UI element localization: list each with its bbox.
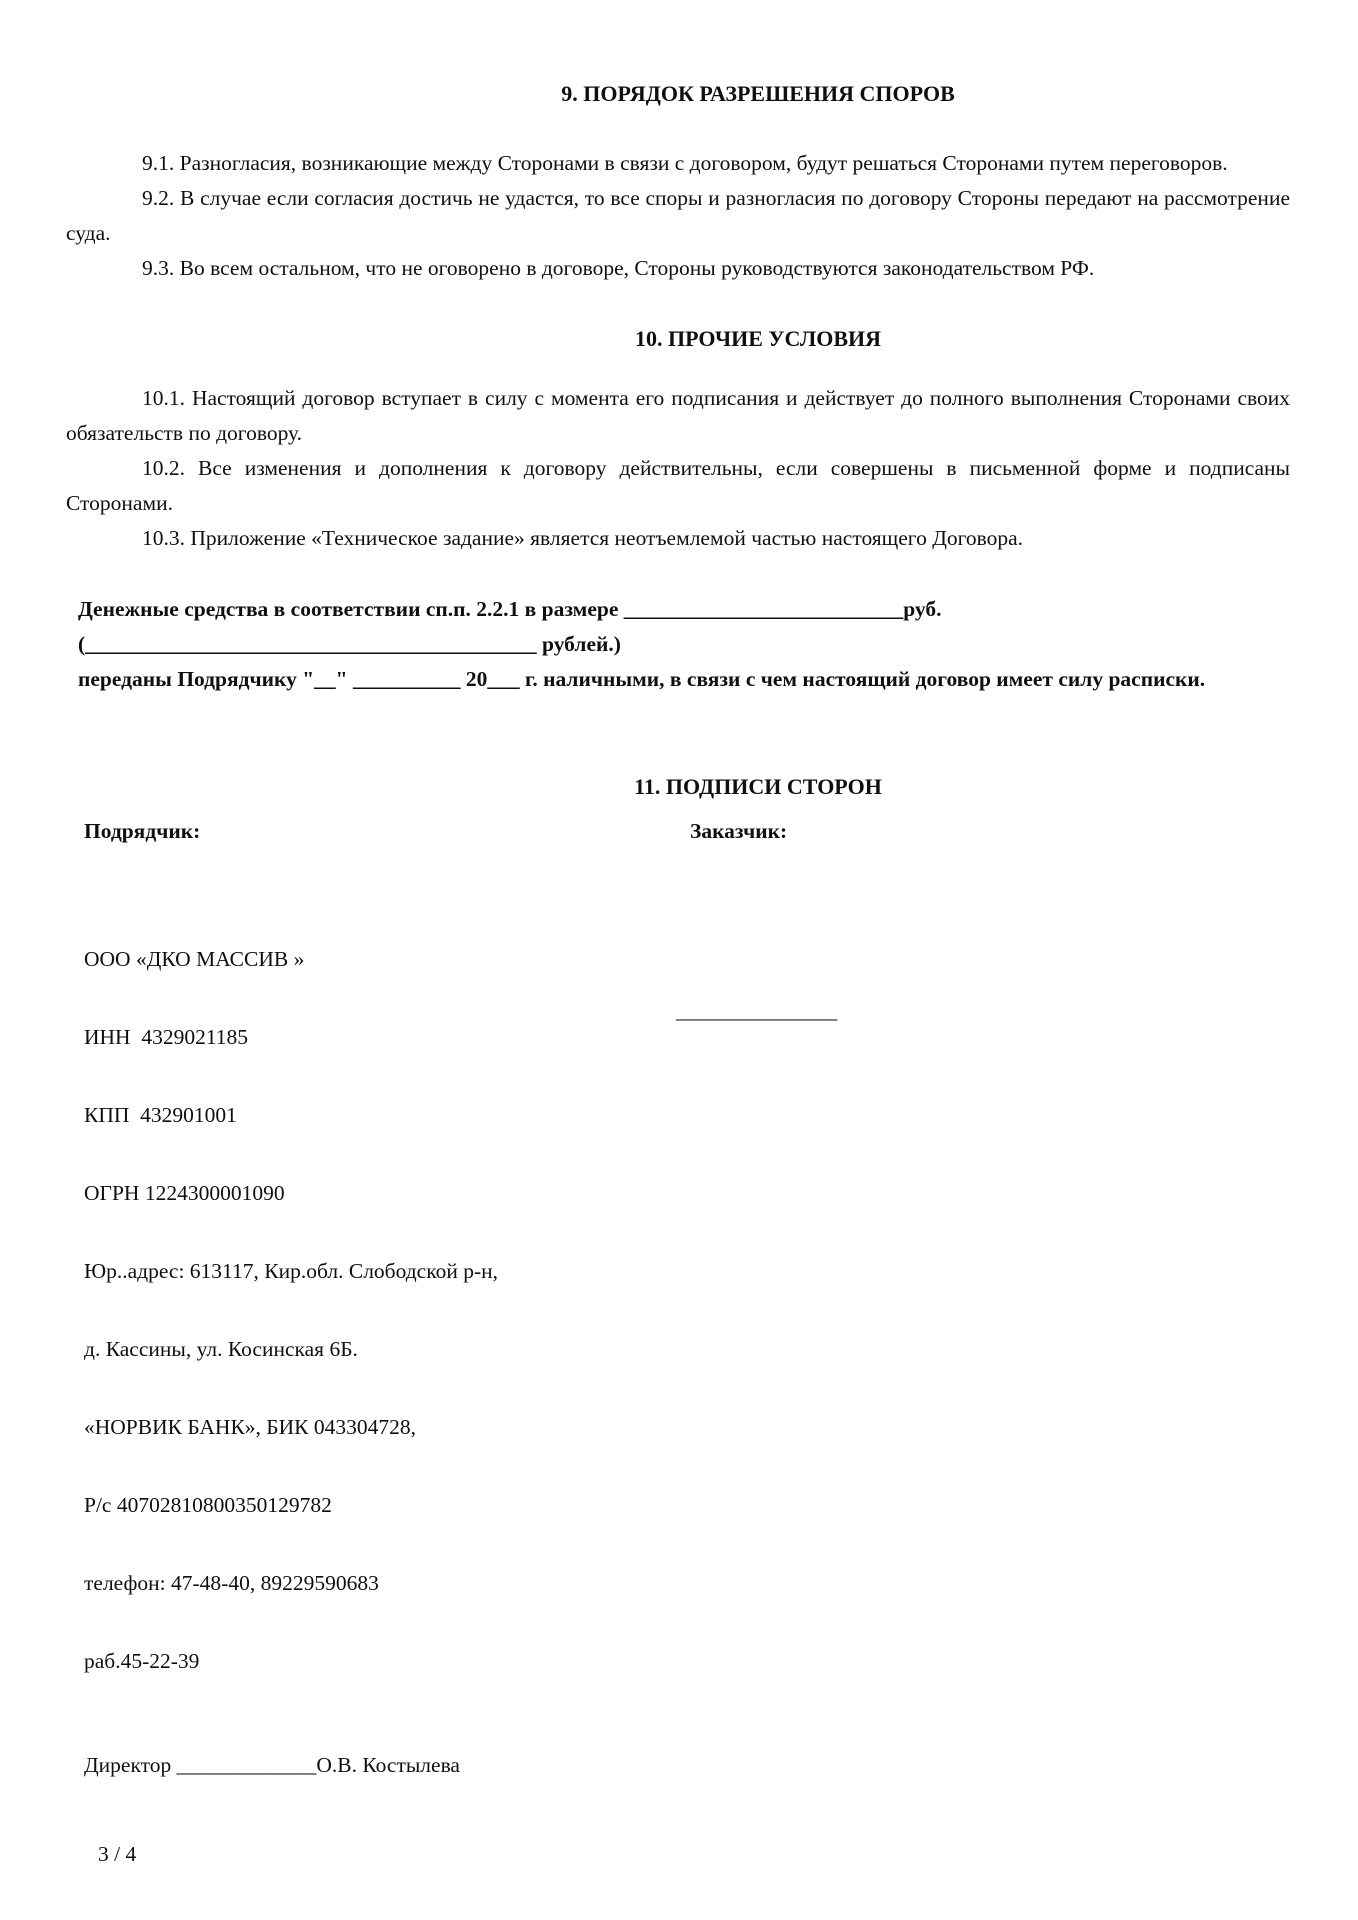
contractor-phone: телефон: 47-48-40, 89229590683 <box>84 1570 676 1596</box>
clause-10-2: 10.2. Все изменения и дополнения к догов… <box>66 451 1290 521</box>
contractor-address-1: Юр..адрес: 613117, Кир.обл. Слободской р… <box>84 1258 676 1284</box>
contractor-label: Подрядчик: <box>84 814 676 849</box>
contractor-work-phone: раб.45-22-39 <box>84 1648 676 1674</box>
customer-signature-line: _______________ <box>676 998 1290 1024</box>
contractor-bank: «НОРВИК БАНК», БИК 043304728, <box>84 1414 676 1440</box>
signature-labels-row: Подрядчик: Заказчик: <box>84 814 1290 849</box>
contractor-account: Р/с 40702810800350129782 <box>84 1492 676 1518</box>
clause-9-3: 9.3. Во всем остальном, что не оговорено… <box>66 251 1290 286</box>
contractor-address-2: д. Кассины, ул. Косинская 6Б. <box>84 1336 676 1362</box>
clause-9-1: 9.1. Разногласия, возникающие между Стор… <box>66 146 1290 181</box>
contractor-details: ООО «ДКО МАССИВ » ИНН 4329021185 КПП 432… <box>84 894 676 1726</box>
signature-columns-row: ООО «ДКО МАССИВ » ИНН 4329021185 КПП 432… <box>84 894 1290 1726</box>
document-page: 9. ПОРЯДОК РАЗРЕШЕНИЯ СПОРОВ 9.1. Разног… <box>0 0 1358 1920</box>
contractor-company-name: ООО «ДКО МАССИВ » <box>84 946 676 972</box>
contractor-kpp: КПП 432901001 <box>84 1102 676 1128</box>
clause-10-1: 10.1. Настоящий договор вступает в силу … <box>66 381 1290 451</box>
contractor-ogrn: ОГРН 1224300001090 <box>84 1180 676 1206</box>
customer-column: _______________ <box>676 894 1290 1726</box>
payment-date-line: переданы Подрядчику "__" __________ 20__… <box>78 662 1290 697</box>
customer-label: Заказчик: <box>676 814 1290 849</box>
signatures-area: Подрядчик: Заказчик: ООО «ДКО МАССИВ » И… <box>66 814 1290 1726</box>
section-11-heading: 11. ПОДПИСИ СТОРОН <box>66 769 1290 804</box>
page-number: 3 / 4 <box>98 1840 136 1868</box>
payment-amount-words-line: (_______________________________________… <box>78 627 1290 662</box>
director-signature-line: Директор _____________О.В. Костылева <box>66 1752 1290 1778</box>
clause-9-2: 9.2. В случае если согласия достичь не у… <box>66 181 1290 251</box>
section-9-heading: 9. ПОРЯДОК РАЗРЕШЕНИЯ СПОРОВ <box>66 76 1290 111</box>
payment-amount-line: Денежные средства в соответствии сп.п. 2… <box>78 592 1290 627</box>
clause-10-3: 10.3. Приложение «Техническое задание» я… <box>66 521 1290 556</box>
section-10-heading: 10. ПРОЧИЕ УСЛОВИЯ <box>66 321 1290 356</box>
payment-receipt-clause: Денежные средства в соответствии сп.п. 2… <box>66 592 1290 697</box>
contractor-inn: ИНН 4329021185 <box>84 1024 676 1050</box>
